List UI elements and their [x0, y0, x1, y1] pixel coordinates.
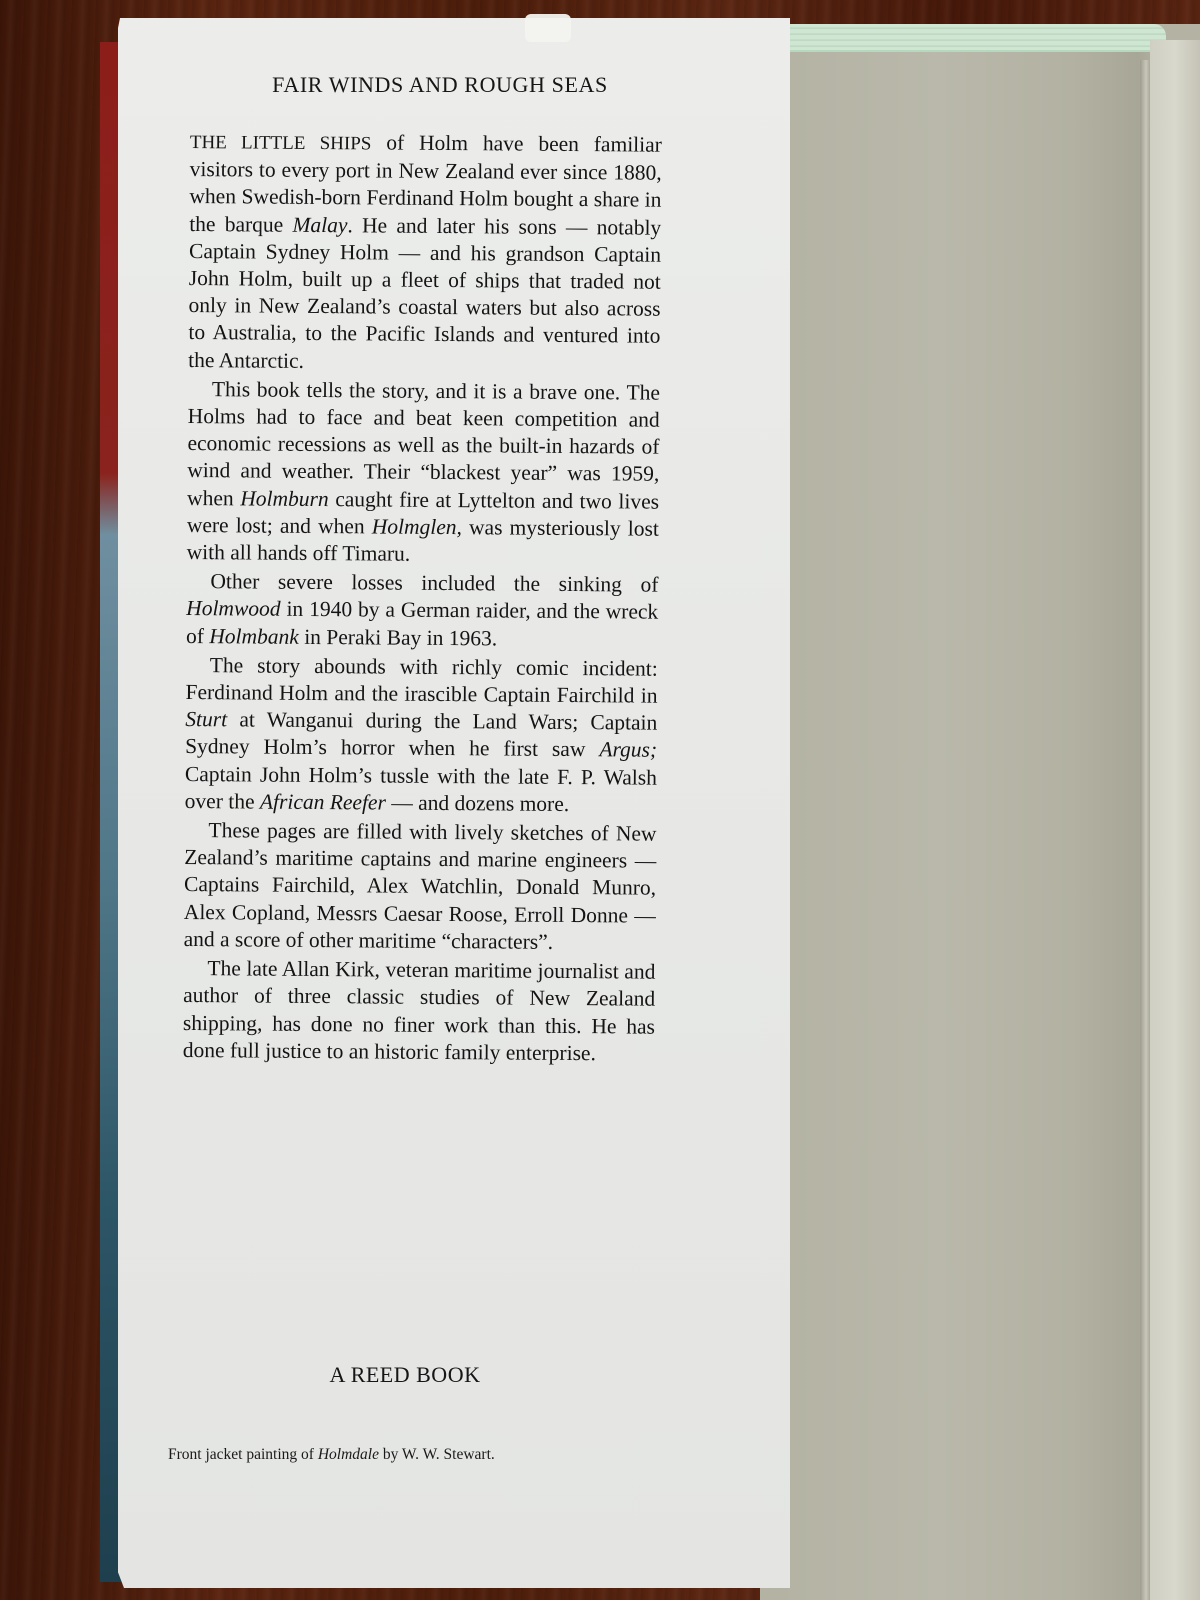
book-cover-cloth: [788, 50, 1168, 1600]
book-hinge: [1140, 60, 1150, 1600]
text-run: in Peraki Bay in 1963.: [299, 625, 497, 651]
text-run: These pages are filled with lively sketc…: [184, 818, 657, 954]
text-run: The late Allan Kirk, veteran maritime jo…: [183, 956, 656, 1065]
ship-name: Holmburn: [240, 486, 329, 511]
credit-suffix: by W. W. Stewart.: [379, 1446, 495, 1463]
blurb-paragraph: These pages are filled with lively sketc…: [184, 817, 657, 957]
jacket-title: FAIR WINDS AND ROUGH SEAS: [120, 72, 760, 98]
publisher-imprint: A REED BOOK: [300, 1362, 510, 1388]
credit-ship-name: Holmdale: [318, 1446, 379, 1463]
book-spine: [1150, 40, 1200, 1600]
ship-name: Holmbank: [209, 624, 299, 649]
ship-name: Sturt: [185, 707, 227, 731]
text-run: The story abounds with richly comic inci…: [185, 653, 657, 708]
jacket-blurb: THE LITTLE SHIPS of Holm have been famil…: [183, 128, 662, 1070]
ship-name: Holmwood: [186, 596, 281, 621]
text-run: — and dozens more.: [386, 790, 569, 815]
page-block-edge: [788, 24, 1166, 52]
tape-piece: [525, 14, 571, 42]
ship-name: African Reefer: [260, 789, 386, 814]
blurb-paragraph: The story abounds with richly comic inci…: [185, 652, 658, 819]
ship-name: Argus;: [599, 738, 657, 762]
text-run: Other severe losses included the sinking…: [210, 569, 658, 597]
blurb-paragraph: This book tells the story, and it is a b…: [187, 376, 660, 570]
text-run: at Wanganui during the Land Wars; Captai…: [185, 708, 657, 762]
ship-name: Holmglen,: [372, 514, 462, 539]
text-run: . He and later his sons — notably Captai…: [188, 213, 661, 373]
cover-art-credit: Front jacket painting of Holmdale by W. …: [168, 1446, 638, 1464]
small-caps-lead-in: THE LITTLE SHIPS: [190, 132, 372, 154]
blurb-paragraph: Other severe losses included the sinking…: [186, 568, 659, 653]
blurb-paragraph: The late Allan Kirk, veteran maritime jo…: [183, 955, 656, 1068]
credit-prefix: Front jacket painting of: [168, 1446, 318, 1463]
ship-name: Malay: [292, 212, 347, 236]
blurb-paragraph: THE LITTLE SHIPS of Holm have been famil…: [188, 128, 662, 378]
